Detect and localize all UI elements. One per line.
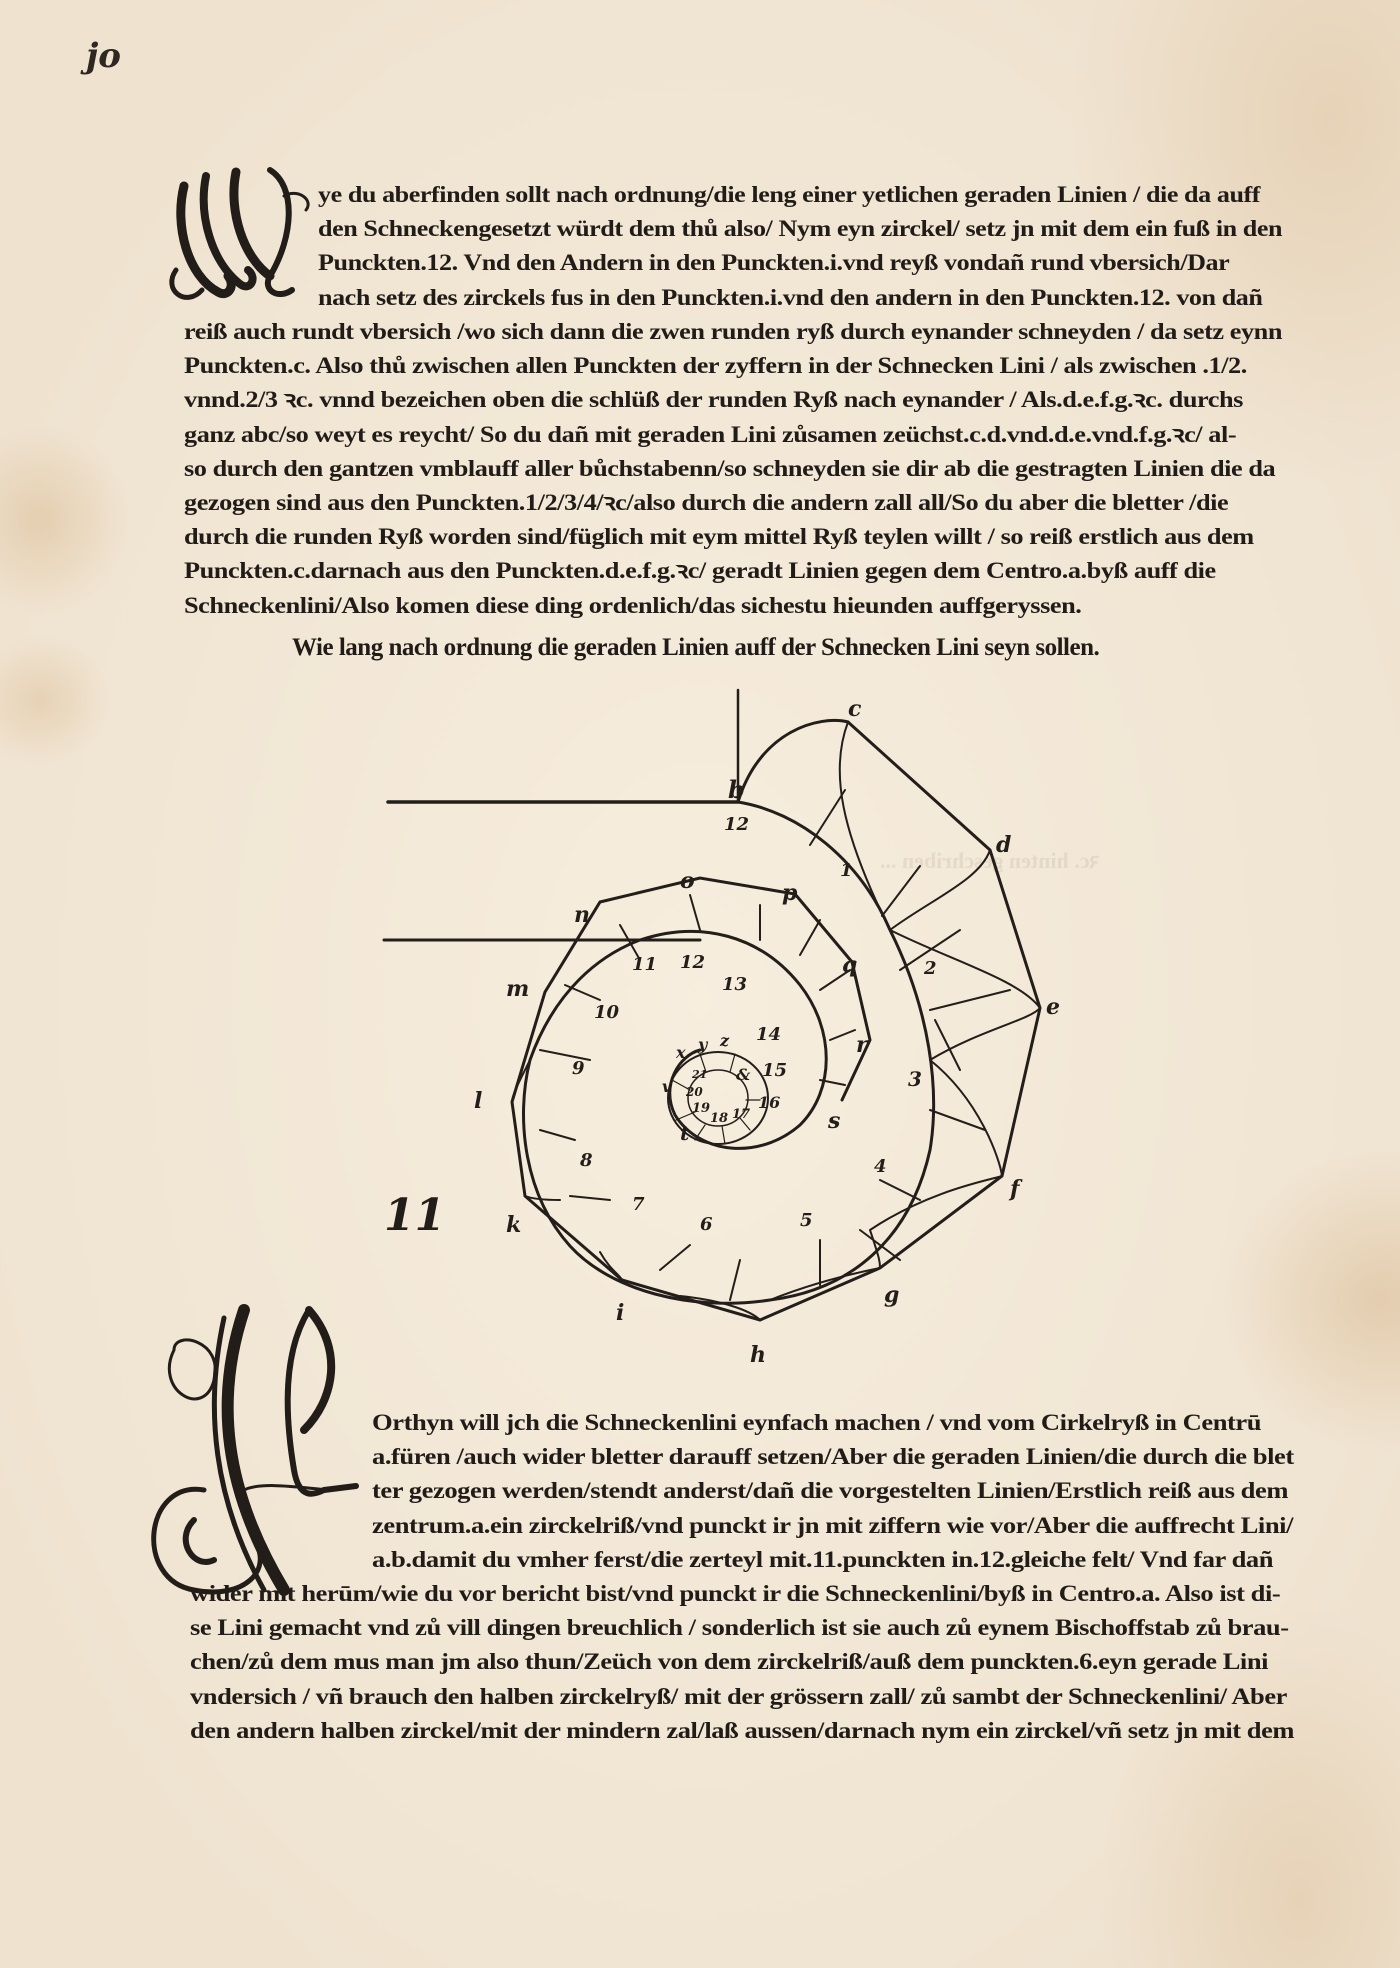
label-11: 11 xyxy=(632,954,657,975)
label-e: e xyxy=(1046,994,1060,1020)
label-16: 16 xyxy=(758,1093,780,1112)
label-5: 5 xyxy=(800,1210,813,1231)
text-line: ter gezogen werden/stendt anderst/dañ di… xyxy=(372,1474,1294,1508)
label-14: 14 xyxy=(756,1024,781,1045)
label-10: 10 xyxy=(594,1002,620,1023)
label-y: y xyxy=(697,1035,709,1054)
diagram-labels-inner: 17 18 19 20 21 x y z & v xyxy=(662,1031,751,1126)
label-l: l xyxy=(474,1088,482,1114)
figure-number: 11 xyxy=(384,1190,445,1241)
label-et: & xyxy=(736,1065,751,1084)
text-line: a.b.damit du vmher ferst/die zerteyl mit… xyxy=(372,1543,1294,1577)
label-q: q xyxy=(842,952,857,978)
label-19: 19 xyxy=(692,1101,710,1116)
label-12-inner: 12 xyxy=(680,952,705,973)
label-n: n xyxy=(574,902,590,928)
label-13: 13 xyxy=(722,974,747,995)
spiral-line-outer xyxy=(523,720,933,1303)
label-8: 8 xyxy=(579,1150,593,1171)
label-f: f xyxy=(1008,1176,1023,1202)
text-line: vndersich / vñ brauch den halben zirckel… xyxy=(190,1680,1294,1714)
label-d: d xyxy=(996,832,1011,858)
label-s: s xyxy=(827,1108,840,1134)
label-4: 4 xyxy=(874,1156,887,1177)
bottom-paragraph-full-width: wider mit herūm/wie du vor bericht bist/… xyxy=(190,1577,1169,1748)
label-v: v xyxy=(662,1077,672,1096)
text-line: zentrum.a.ein zirckelriß/vnd punckt ir j… xyxy=(372,1509,1294,1543)
text-line: den andern halben zirckel/mit der minder… xyxy=(190,1714,1294,1748)
label-6: 6 xyxy=(700,1214,713,1235)
text-line: Orthyn will jch die Schneckenlini eynfac… xyxy=(372,1406,1294,1440)
label-x: x xyxy=(675,1043,686,1062)
label-1: 1 xyxy=(840,860,853,881)
label-i: i xyxy=(616,1300,624,1326)
label-7: 7 xyxy=(632,1194,645,1215)
initial-n-glyph xyxy=(134,1290,364,1610)
label-k: k xyxy=(506,1212,521,1238)
label-17: 17 xyxy=(732,1107,750,1122)
label-3: 3 xyxy=(908,1067,922,1091)
label-20: 20 xyxy=(685,1085,703,1099)
diagram-labels-outer: b 12 c d 1 e 2 3 f 4 g 5 h 6 i 7 k 8 l 9… xyxy=(474,696,1060,1368)
label-g: g xyxy=(884,1282,899,1308)
label-b: b xyxy=(728,775,745,804)
text-line: a.füren /auch wider bletter darauff setz… xyxy=(372,1440,1294,1474)
label-o: o xyxy=(680,868,695,894)
label-t: t xyxy=(680,1121,690,1145)
text-line: chen/zů dem mus man jm also thun/Zeüch v… xyxy=(190,1645,1294,1679)
decorated-initial-n xyxy=(134,1290,364,1610)
label-18: 18 xyxy=(710,1111,728,1126)
label-9: 9 xyxy=(572,1058,585,1079)
label-z: z xyxy=(719,1031,730,1050)
label-p: p xyxy=(782,880,798,906)
label-h: h xyxy=(750,1342,766,1368)
label-m: m xyxy=(506,976,529,1002)
bottom-paragraph: Orthyn will jch die Schneckenlini eynfac… xyxy=(372,1406,1187,1577)
label-21: 21 xyxy=(691,1068,707,1081)
label-r: r xyxy=(856,1032,869,1058)
label-15: 15 xyxy=(762,1060,787,1081)
label-c: c xyxy=(848,696,862,722)
label-12-outer: 12 xyxy=(724,814,749,835)
text-line: se Lini gemacht vnd zů vill dingen breuc… xyxy=(190,1611,1294,1645)
text-line: wider mit herūm/wie du vor bericht bist/… xyxy=(190,1577,1294,1611)
label-2: 2 xyxy=(923,958,937,979)
